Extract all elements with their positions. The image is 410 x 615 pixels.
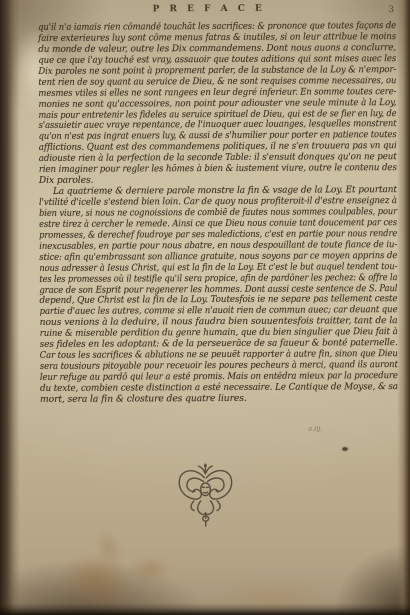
running-header: P R E F A C E 3 bbox=[38, 3, 396, 21]
page-edge-shadow bbox=[397, 0, 410, 615]
text-block: qu'il n'a iamais rien cōmandé touchāt le… bbox=[38, 20, 398, 405]
ink-speck bbox=[342, 447, 348, 451]
page-title: P R E F A C E bbox=[30, 3, 388, 15]
text-line: mort, sera la fin & closture des quatre … bbox=[40, 392, 398, 405]
printer-fleuron-ornament-icon bbox=[176, 462, 234, 530]
binding-gutter-shadow bbox=[0, 0, 20, 615]
page-content: P R E F A C E 3 qu'il n'a iamais rien cō… bbox=[38, 3, 396, 21]
text-line: rien imaginer pour regler les hōmes à bi… bbox=[39, 162, 397, 175]
bottom-edge-shadow bbox=[0, 603, 410, 615]
book-page-photo: P R E F A C E 3 qu'il n'a iamais rien cō… bbox=[0, 0, 410, 615]
text-line: du texte, combien ceste distinction a es… bbox=[40, 381, 398, 394]
signature-mark: a.iij. bbox=[308, 424, 322, 432]
page-number: 3 bbox=[388, 5, 394, 15]
